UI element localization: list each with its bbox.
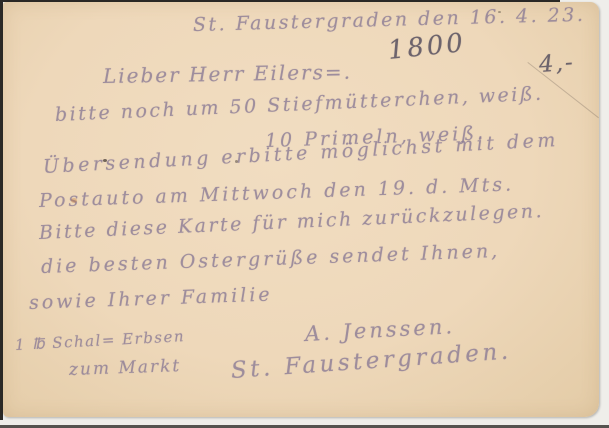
handwriting-signature: A. Jenssen. — [304, 314, 455, 346]
handwriting-salutation: Lieber Herr Eilers=. — [103, 60, 352, 88]
paper-speck — [498, 11, 501, 13]
paper-stain — [71, 198, 77, 203]
paper-speck — [103, 159, 107, 162]
postcard-scan: St. Faustergraden den 16. 4. 23. 1800 Li… — [0, 0, 609, 428]
handwriting-body-line: die besten Ostergrüße sendet Ihnen, — [41, 240, 501, 278]
handwriting-body-line: bitte noch um 50 Stiefmütterchen, weiß. — [55, 83, 545, 126]
handwriting-margin-note-line: 1 ℔ Schal= Erbsen — [15, 327, 186, 354]
handwriting-dateline: St. Faustergraden den 16. 4. 23. — [193, 4, 586, 36]
handwriting-number-1800: 1800 — [386, 28, 467, 66]
handwriting-signature-place: St. Faustergraden. — [230, 338, 512, 384]
handwriting-margin-note-line: zum Markt — [69, 356, 182, 380]
postcard: St. Faustergraden den 16. 4. 23. 1800 Li… — [3, 2, 599, 417]
handwriting-body-line: sowie Ihrer Familie — [29, 284, 273, 314]
paper-speck — [235, 160, 238, 163]
